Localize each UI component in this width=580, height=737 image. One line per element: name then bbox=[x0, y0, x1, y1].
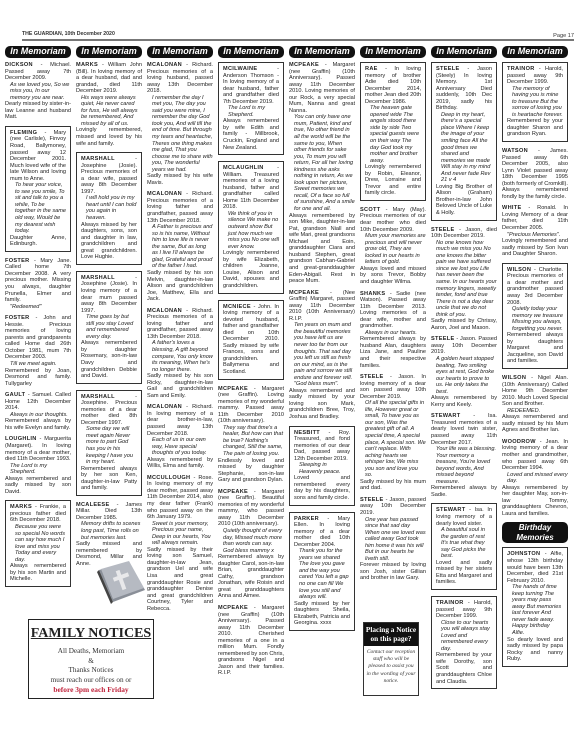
notice-text: - Charlotte. Precious memories of a dear… bbox=[507, 267, 563, 306]
in-memoriam-banner: In Memoriam bbox=[5, 46, 71, 58]
memorial-notice: MCILWAINE - Anderson Thomson - In loving… bbox=[218, 62, 284, 155]
notice-signature: Endlessly loved and missed by daughter S… bbox=[218, 458, 284, 484]
deceased-name: WILSON bbox=[507, 267, 531, 273]
notice-verse: Close to our hearts you will always stay… bbox=[436, 620, 492, 653]
notice-text: - Sadie (nee Watson). Passed away 11th D… bbox=[360, 291, 426, 330]
deceased-name: FOSTER bbox=[5, 315, 30, 321]
notice-signature: Always remembered and sadly missed by so… bbox=[5, 476, 71, 496]
notice-verse: You can only have one mum, Patient, kind… bbox=[289, 114, 355, 212]
notice-signature: So dearly loved and sadly missed by papa… bbox=[507, 637, 563, 663]
notice-signature: Remembered by Joan, Desmond and family. … bbox=[5, 368, 71, 388]
notice-verse: A golden heart stopped beating, Two smil… bbox=[431, 356, 497, 395]
memorial-notice: MCCULLOUGH - Rose. In loving memory of m… bbox=[147, 475, 213, 612]
in-memoriam-banner: In Memoriam bbox=[431, 46, 497, 58]
column-8: In MemoriamTRAINOR - Harold, passed away… bbox=[502, 46, 568, 673]
deceased-name: MARSHALL bbox=[81, 275, 115, 281]
deceased-name: GAULT bbox=[5, 392, 25, 398]
notice-signature: Sadly missed by his mum and dad. bbox=[360, 479, 426, 492]
memorial-notice: GAULT - Samuel. Called Home 12th Decembe… bbox=[5, 392, 71, 431]
notice-signature: Always remembered by wife Edith and fami… bbox=[223, 118, 279, 151]
in-memoriam-banner: In Memoriam bbox=[218, 46, 284, 58]
notice-signature: Always remembered by her daughter May, s… bbox=[502, 485, 568, 518]
memorial-notice: MCNIECE - John. In loving memory of a de… bbox=[218, 300, 284, 380]
notice-text: - Mary Jane. Called home 7th December 20… bbox=[5, 258, 71, 303]
notice-signature: Always remembered fondly by the family c… bbox=[502, 187, 568, 200]
deceased-name: WILSON bbox=[502, 375, 526, 381]
notice-verse: I will hold you in my heart until I can … bbox=[81, 195, 137, 221]
notice-signature: Loved and sadly missed by her sisters Et… bbox=[436, 560, 492, 586]
memorial-notice: TRAINOR - Harold, passed away 9th Decemb… bbox=[431, 596, 497, 689]
notice-verse: I remember the day I met you, The day yo… bbox=[147, 95, 213, 174]
deceased-name: MCALONAN bbox=[147, 308, 182, 314]
notice-text: - Anderson Thomson - In loving memory of… bbox=[223, 66, 279, 105]
notice-signature: Remembered always by daughter Carol, son… bbox=[218, 554, 284, 600]
deceased-name: JOHNSTON bbox=[507, 551, 540, 557]
memorial-notice: STEELE - Jason. Passed away 10th Decembe… bbox=[431, 336, 497, 408]
deceased-name: FOSTER bbox=[5, 258, 30, 264]
notice-verse: Thank you for the years we shared The lo… bbox=[294, 548, 350, 600]
notice-signature: Sadly missed by his son Melvin, daughter… bbox=[147, 270, 213, 303]
deceased-name: WHITE bbox=[502, 205, 522, 211]
memorial-notice: TRAINOR - Harold, passed away 9th Decemb… bbox=[502, 62, 568, 142]
memorial-notice: MCALONAN - Richard. Precious memories of… bbox=[147, 308, 213, 400]
column-4: In MemoriamMCILWAINE - Anderson Thomson … bbox=[218, 46, 284, 682]
notice-verse: Mum your memories are precious and will … bbox=[360, 233, 426, 266]
deceased-name: MCNIECE bbox=[223, 304, 251, 310]
memorial-notice: MCLAUGHLIN - William. Treasured memories… bbox=[218, 161, 284, 293]
notice-verse: Each of us in our own way, Have special … bbox=[147, 437, 213, 457]
column-3: In MemoriamMCALONAN - Richard. Precious … bbox=[147, 46, 213, 617]
memorial-notice: STEWART - Isa. Treasured memories of a d… bbox=[431, 413, 497, 498]
notice-signature: Remembered always by husband Alan, daugh… bbox=[360, 336, 426, 369]
memorial-notice: FOSTER - Mary Jane. Called home 7th Dece… bbox=[5, 258, 71, 310]
memorial-notice: WILSON - Nigel Alan. (10th Anniversary) … bbox=[502, 375, 568, 434]
deceased-name: TRAINOR bbox=[436, 600, 464, 606]
notice-verse: The Lord is my Shepherd. bbox=[5, 463, 71, 476]
notice-verse: We think of you in silence We make no ou… bbox=[223, 211, 279, 250]
notice-text: - Jason (Steely) In loving Memory. 1st A… bbox=[436, 66, 492, 111]
deceased-name: MARKS bbox=[10, 504, 32, 510]
notice-signature: Remembered by your wife Dorothy, son Sco… bbox=[436, 652, 492, 685]
deceased-name: TRAINOR bbox=[507, 66, 535, 72]
notice-line: Thanks Notices bbox=[29, 666, 153, 676]
deceased-name: MCPEAKE bbox=[289, 62, 319, 68]
memorial-notice: STEELE - Jason. In loving memory of a de… bbox=[360, 374, 426, 492]
notice-verse: Because you were so special No words can… bbox=[10, 524, 66, 563]
notice-signature: Sadly missed by Chrissy, Aaron, Joel and… bbox=[431, 318, 497, 331]
notice-line: must reach our offices on or bbox=[29, 676, 153, 686]
memorial-notice: STEWART - Isa. In loving memory of a dea… bbox=[431, 503, 497, 590]
deceased-name: LOUGHLIN bbox=[5, 436, 37, 442]
notice-verse: Of all the special gifts in life, Howeve… bbox=[360, 400, 426, 479]
notice-text: - Margaret (nee Graffin) (10th Anniversa… bbox=[289, 62, 355, 114]
memorial-notice: RAE - In loving memory of brother Adie d… bbox=[360, 62, 426, 201]
deceased-name: MARSHALL bbox=[81, 394, 115, 400]
deceased-name: RAE bbox=[365, 66, 378, 72]
notice-verse: Sweet is your memory, Precious your name… bbox=[147, 521, 213, 547]
notice-signature: Dearly missed by sister-in-law Leanne an… bbox=[5, 101, 71, 121]
notice-text: - Josephine (Josie). In loving memory of… bbox=[81, 275, 137, 314]
deceased-name: STEELE bbox=[431, 227, 455, 233]
notice-verse: Ten years on mum and the beautiful memor… bbox=[289, 322, 355, 387]
memorial-notice: MCPEAKE - Margaret (nee Graffin). Beauti… bbox=[218, 489, 284, 600]
notice-text: - In loving memory of brother Adie died … bbox=[365, 66, 421, 105]
in-memoriam-banner: In Memoriam bbox=[360, 46, 426, 58]
memorial-notice: JOHNSTON - Alfie, whose 13th birthday wo… bbox=[502, 547, 568, 666]
deceased-name: MCPEAKE bbox=[218, 386, 248, 392]
deceased-name: STEELE bbox=[431, 336, 455, 342]
birthday-memories-banner: Birthday Memories bbox=[502, 522, 568, 543]
memorial-notice: MARKS - Frankie, a precious father died … bbox=[5, 500, 71, 587]
notice-verse: Quietly today your memory we treasure Mi… bbox=[507, 306, 563, 332]
deceased-name: MCPEAKE bbox=[218, 489, 248, 495]
memorial-notice: WILSON - Charlotte. Precious memories of… bbox=[502, 263, 568, 369]
memorial-notice: WOODROW - Jean. In loving memory of a de… bbox=[502, 439, 568, 518]
notice-verse: A Father is precious and so is his name,… bbox=[147, 224, 213, 270]
notice-text: - William. Treasured memories of a lovin… bbox=[223, 165, 279, 210]
notice-verse: The Lord is my Shepherd. bbox=[223, 105, 279, 118]
notice-verse: No one knows how much we miss you No one… bbox=[431, 240, 497, 319]
deceased-name: WATSON bbox=[502, 148, 528, 154]
column-6: In MemoriamRAE - In loving memory of bro… bbox=[360, 46, 426, 587]
notice-signature: Always loved and missed by sons Trevor, … bbox=[360, 266, 426, 286]
notice-verse: The heaven gate opened wide The angels s… bbox=[365, 105, 421, 164]
deceased-name: STEWART bbox=[431, 413, 460, 419]
deceased-name: MCALEESE bbox=[76, 502, 109, 508]
notice-signature: Remembered always by daughters Margaret … bbox=[507, 332, 563, 365]
deceased-name: MCALONAN bbox=[147, 404, 182, 410]
memorial-notice: STEELE - Jason, passed away 10th Decembe… bbox=[360, 497, 426, 582]
notice-signature: Remembered always by Sadie. bbox=[431, 485, 497, 498]
page-header: THE GUARDIAN, 10th December 2020 Page 17 bbox=[22, 31, 574, 41]
notice-signature: Always remembered by daughter Rosemary, … bbox=[81, 340, 137, 379]
in-memoriam-banner: In Memoriam bbox=[76, 46, 142, 58]
memorial-notice: MARKS - William John (Bill). In loving m… bbox=[76, 62, 142, 147]
notice-line: All Deaths, Memoriam bbox=[29, 647, 153, 657]
deceased-name: MCALONAN bbox=[147, 62, 182, 68]
notice-signature: Lovingly remembered by wife Elizabeth, c… bbox=[223, 250, 279, 289]
deceased-name: WOODROW bbox=[502, 439, 536, 445]
notice-signature: Always remembered by his son Martin and … bbox=[10, 563, 66, 583]
notice-verse: One year has passed since that sad day W… bbox=[360, 517, 426, 563]
memorial-notice: SCOTT - Mary (May). Precious memories of… bbox=[360, 207, 426, 286]
notice-signature: Remembered always by her son Ken, daught… bbox=[81, 466, 137, 492]
deceased-name: MCALONAN bbox=[147, 191, 182, 197]
memorial-notice: WHITE - Ronald. In Loving Memory of a de… bbox=[502, 205, 568, 257]
in-memoriam-banner: In Memoriam bbox=[147, 46, 213, 58]
notice-verse: Loved and missed every day. bbox=[502, 472, 568, 485]
deceased-name: SCOTT bbox=[360, 207, 380, 213]
notice-signature: Sadly missed by his son Ricky, daughter-… bbox=[147, 373, 213, 399]
notice-verse: Your life was a blessing. Your memory a … bbox=[431, 446, 497, 485]
placing-notice-title: Placing a Notice on this page? bbox=[364, 623, 418, 646]
bible-icon bbox=[95, 560, 147, 604]
notice-signature: Sadly missed by her daughters Sheila, El… bbox=[294, 601, 350, 627]
notice-verse: The memory of having you is mine to trea… bbox=[507, 86, 563, 119]
notice-signature: Always remembered and sadly missed by hi… bbox=[502, 414, 568, 434]
notice-text: - Margaret (nee Graffin). Loving memorie… bbox=[218, 386, 284, 425]
deceased-name: PARKER bbox=[294, 516, 319, 522]
notice-signature: Remembered by your daughter Sharon and g… bbox=[507, 118, 563, 138]
memorial-notice: MARSHALL - Josephine (Josie). Precious m… bbox=[76, 152, 142, 265]
deceased-name: STEWART bbox=[436, 507, 465, 513]
memorial-notice: MARSHALL - Josephine. Precious memories … bbox=[76, 390, 142, 496]
notice-verse: Time goes by but still you stay Loved an… bbox=[81, 314, 137, 340]
page-number: Page 17 bbox=[553, 33, 574, 40]
notice-verse: They say that time's a healer, But how c… bbox=[218, 425, 284, 458]
deceased-name: STEELE bbox=[360, 374, 384, 380]
deceased-name: MCLAUGHLIN bbox=[223, 165, 264, 171]
deceased-name: DICKSON bbox=[5, 62, 33, 68]
memorial-notice: STEELE - Jason, died 10th December 2019.… bbox=[431, 227, 497, 332]
memorial-notice: MARSHALL - Josephine (Josie). In loving … bbox=[76, 271, 142, 384]
column-1: In MemoriamDICKSON - Michael. Passed awa… bbox=[5, 46, 71, 593]
notice-text: - Margaret (nee Graffin). Beautiful memo… bbox=[218, 489, 284, 528]
notice-signature: Always missed by her daughters, sons, so… bbox=[81, 222, 137, 261]
memorial-notice: DICKSON - Michael. Passed away 7th Decem… bbox=[5, 62, 71, 121]
memorial-notice: MCALONAN - Richard. In loving memory of … bbox=[147, 404, 213, 469]
memorial-notice: MCPEAKE - Margaret (nee Graffin) (10th A… bbox=[289, 62, 355, 285]
notice-signature: Lovingly remembered and sadly missed by … bbox=[502, 238, 568, 258]
notice-signature: Always remembered and sadly missed by yo… bbox=[289, 388, 355, 421]
notice-signature: Lovingly remembered by Robin, Eleanor, D… bbox=[365, 164, 421, 197]
memorial-notice: MCPEAKE - Margaret (nee Graffin). Loving… bbox=[218, 386, 284, 484]
notice-verse: To hear your voice, to see you smile, To… bbox=[10, 182, 66, 234]
notice-signature: Loving Big Brother of Alison (Graham) Br… bbox=[436, 184, 492, 217]
notice-signature: Always remembered by son Mike, daughter-… bbox=[289, 213, 355, 285]
deceased-name: NESBITT bbox=[294, 430, 320, 436]
memorial-notice: MCPEAKE - Margaret (nee Graffin) (10th A… bbox=[218, 605, 284, 677]
memorial-notice: PARKER - Mary Ellen. In loving memory of… bbox=[289, 512, 355, 631]
column-7: In MemoriamSTEELE - Jason (Steely) In lo… bbox=[431, 46, 497, 695]
notice-text: - Mary (nee Carlisle), Finvoy Road, Ball… bbox=[10, 130, 66, 182]
deceased-name: MARSHALL bbox=[81, 156, 115, 162]
publication-title: THE GUARDIAN, 10th December 2020 bbox=[22, 31, 115, 38]
column-2: In MemoriamMARKS - William John (Bill). … bbox=[76, 46, 142, 572]
notice-verse: The hands of time keep turning The years… bbox=[507, 584, 563, 636]
notice-signature: Sadly missed by their loving son Samuel,… bbox=[147, 547, 213, 612]
notice-signature: Loved and remembered every day by his da… bbox=[294, 475, 350, 501]
notice-signature: Always remembered by Willis, Elma and fa… bbox=[147, 457, 213, 470]
memorial-notice: MCPEAKE - (Nee Graffin) Margaret, passed… bbox=[289, 290, 355, 421]
in-memoriam-banner: In Memoriam bbox=[502, 46, 568, 58]
notice-text: - Josephine (Josie). Precious memories o… bbox=[81, 156, 137, 195]
memorial-notice: NESBITT - Roy. Treasured, and fond memor… bbox=[289, 426, 355, 506]
memorial-notice: MCALONAN - Richard. Precious memories of… bbox=[147, 62, 213, 186]
deceased-name: MCCULLOUGH bbox=[147, 475, 190, 481]
notice-signature: Remembered always by his wife Evelyn and… bbox=[5, 418, 71, 431]
notice-text: - James. Passed away 6th December 2005, … bbox=[502, 148, 568, 187]
memorial-notice: FLEMING - Mary (nee Carlisle), Finvoy Ro… bbox=[5, 126, 71, 252]
deceased-name: MARKS bbox=[76, 62, 98, 68]
deceased-name: FLEMING bbox=[10, 130, 37, 136]
deceased-name: MCPEAKE bbox=[289, 290, 319, 296]
notice-text: - Margaret (nee Graffin) (10th Anniversa… bbox=[218, 605, 284, 676]
family-notices-title: FAMILY NOTICES bbox=[29, 626, 153, 642]
memorial-notice: STEELE - Jason (Steely) In loving Memory… bbox=[431, 62, 497, 221]
notice-verse: A father's loves a blessing, A gift beyo… bbox=[147, 340, 213, 373]
family-notices-box: FAMILY NOTICES All Deaths, Memoriam & Th… bbox=[28, 619, 154, 699]
notice-verse: Some day we will meet again Never more t… bbox=[81, 426, 137, 465]
memorial-notice: MCALONAN - Richard. Precious memories of… bbox=[147, 191, 213, 302]
in-memoriam-banner: In Memoriam bbox=[289, 46, 355, 58]
notice-verse: Sleeping in Heavenly peace. bbox=[294, 462, 350, 475]
memorial-notice: MCALEESE - James Millar. Died 13th Decem… bbox=[76, 502, 142, 567]
deceased-name: STEELE bbox=[436, 66, 460, 72]
notice-text: - John. In loving memory of a devoted hu… bbox=[223, 304, 279, 375]
notice-signature: Forever missed by loving son Josh, siste… bbox=[360, 562, 426, 582]
deceased-name: MCILWAINE bbox=[223, 66, 257, 72]
placing-notice-box: Placing a Notice on this page? Contact o… bbox=[363, 622, 419, 696]
column-5: In MemoriamMCPEAKE - Margaret (nee Graff… bbox=[289, 46, 355, 637]
notice-verse: A beautiful soul in the garden of rest I… bbox=[436, 527, 492, 560]
notice-line: & bbox=[29, 657, 153, 667]
deadline-text: before 3pm each Friday bbox=[29, 685, 153, 695]
deceased-name: STEELE bbox=[360, 497, 384, 503]
memorial-notice: WATSON - James. Passed away 6th December… bbox=[502, 148, 568, 200]
memorial-notice: SHANKS - Sadie (nee Watson). Passed away… bbox=[360, 291, 426, 370]
notice-signature: Always remembered by Kerry and Keely. bbox=[431, 395, 497, 408]
notice-verse: His ways were always quiet, He never car… bbox=[76, 95, 142, 128]
notice-signature: Sadly missed by his wife Mavis. bbox=[147, 173, 213, 186]
notice-text: - John and Hessie. Precious memories of … bbox=[5, 315, 71, 360]
placing-notice-body: Contact our reception staff who will be … bbox=[364, 646, 418, 688]
notice-verse: Quietly thought of every day, Missed muc… bbox=[218, 528, 284, 554]
deceased-name: SHANKS bbox=[360, 291, 385, 297]
notice-verse: As we loved you, So we miss you, In our … bbox=[5, 82, 71, 102]
notice-verse: Memory drifts to scenes long past, Time … bbox=[76, 521, 142, 541]
notice-signature: Lovingly remembered, missed and loved by… bbox=[76, 127, 142, 147]
notice-text: - Rose. In loving memory of my dear moth… bbox=[147, 475, 213, 520]
notice-verse: Deep in my heart, there's a special plac… bbox=[436, 112, 492, 184]
notice-verse: "Redeemed" bbox=[5, 304, 71, 311]
memorial-notice: FOSTER - John and Hessie. Precious memor… bbox=[5, 315, 71, 387]
deceased-name: MCPEAKE bbox=[218, 605, 248, 611]
notice-signature: Daughter Anne, Edinburgh. bbox=[10, 235, 66, 248]
memorial-notice: LOUGHLIN - Marguerita (Margaret). In lov… bbox=[5, 436, 71, 495]
